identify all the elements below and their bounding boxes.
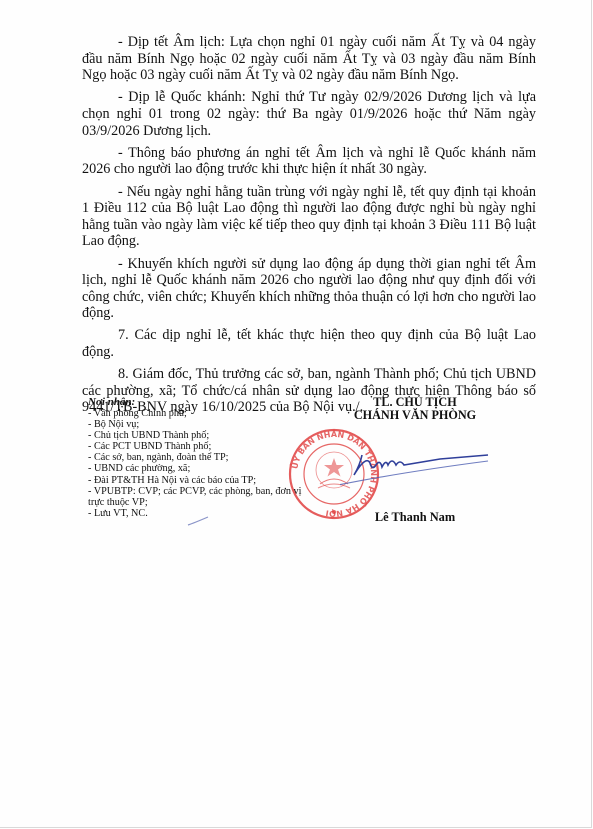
signer-title-block: TL. CHỦ TỊCH CHÁNH VĂN PHÒNG — [330, 396, 500, 423]
paragraph-encourage-employers: - Khuyến khích người sử dụng lao động áp… — [82, 256, 536, 322]
recipient-item: - Chủ tịch UBND Thành phố; — [88, 430, 303, 441]
recipient-item: - Các PCT UBND Thành phố; — [88, 441, 303, 452]
document-page: - Dịp tết Âm lịch: Lựa chọn nghỉ 01 ngày… — [0, 0, 592, 828]
recipient-item: - UBND các phường, xã; — [88, 463, 303, 474]
document-body: - Dịp tết Âm lịch: Lựa chọn nghỉ 01 ngày… — [82, 34, 536, 422]
paragraph-national-day: - Dịp lễ Quốc khánh: Nghỉ thứ Tư ngày 02… — [82, 89, 536, 139]
handwritten-signature — [340, 445, 490, 495]
recipient-item: - Văn phòng Chính phủ; — [88, 408, 303, 419]
recipients-block: Nơi nhận: - Văn phòng Chính phủ; - Bộ Nộ… — [88, 396, 303, 519]
signer-line-1: TL. CHỦ TỊCH — [330, 396, 500, 409]
recipient-item: - Bộ Nội vụ; — [88, 419, 303, 430]
signer-line-2: CHÁNH VĂN PHÒNG — [330, 409, 500, 422]
paragraph-notice-30-days: - Thông báo phương án nghỉ tết Âm lịch v… — [82, 145, 536, 178]
recipient-item: - Các sở, ban, ngành, đoàn thể TP; — [88, 452, 303, 463]
signer-name: Lê Thanh Nam — [330, 510, 500, 525]
checkmark-icon — [186, 515, 210, 527]
paragraph-compensatory-leave: - Nếu ngày nghỉ hằng tuần trùng với ngày… — [82, 184, 536, 250]
recipients-title: Nơi nhận: — [88, 396, 303, 408]
paragraph-item-7: 7. Các dịp nghỉ lễ, tết khác thực hiện t… — [82, 327, 536, 360]
recipient-item: - Đài PT&TH Hà Nội và các báo của TP; — [88, 475, 303, 486]
paragraph-lunar-new-year: - Dịp tết Âm lịch: Lựa chọn nghỉ 01 ngày… — [82, 34, 536, 84]
recipient-item: - VPUBTP: CVP; các PCVP, các phòng, ban,… — [88, 486, 303, 508]
